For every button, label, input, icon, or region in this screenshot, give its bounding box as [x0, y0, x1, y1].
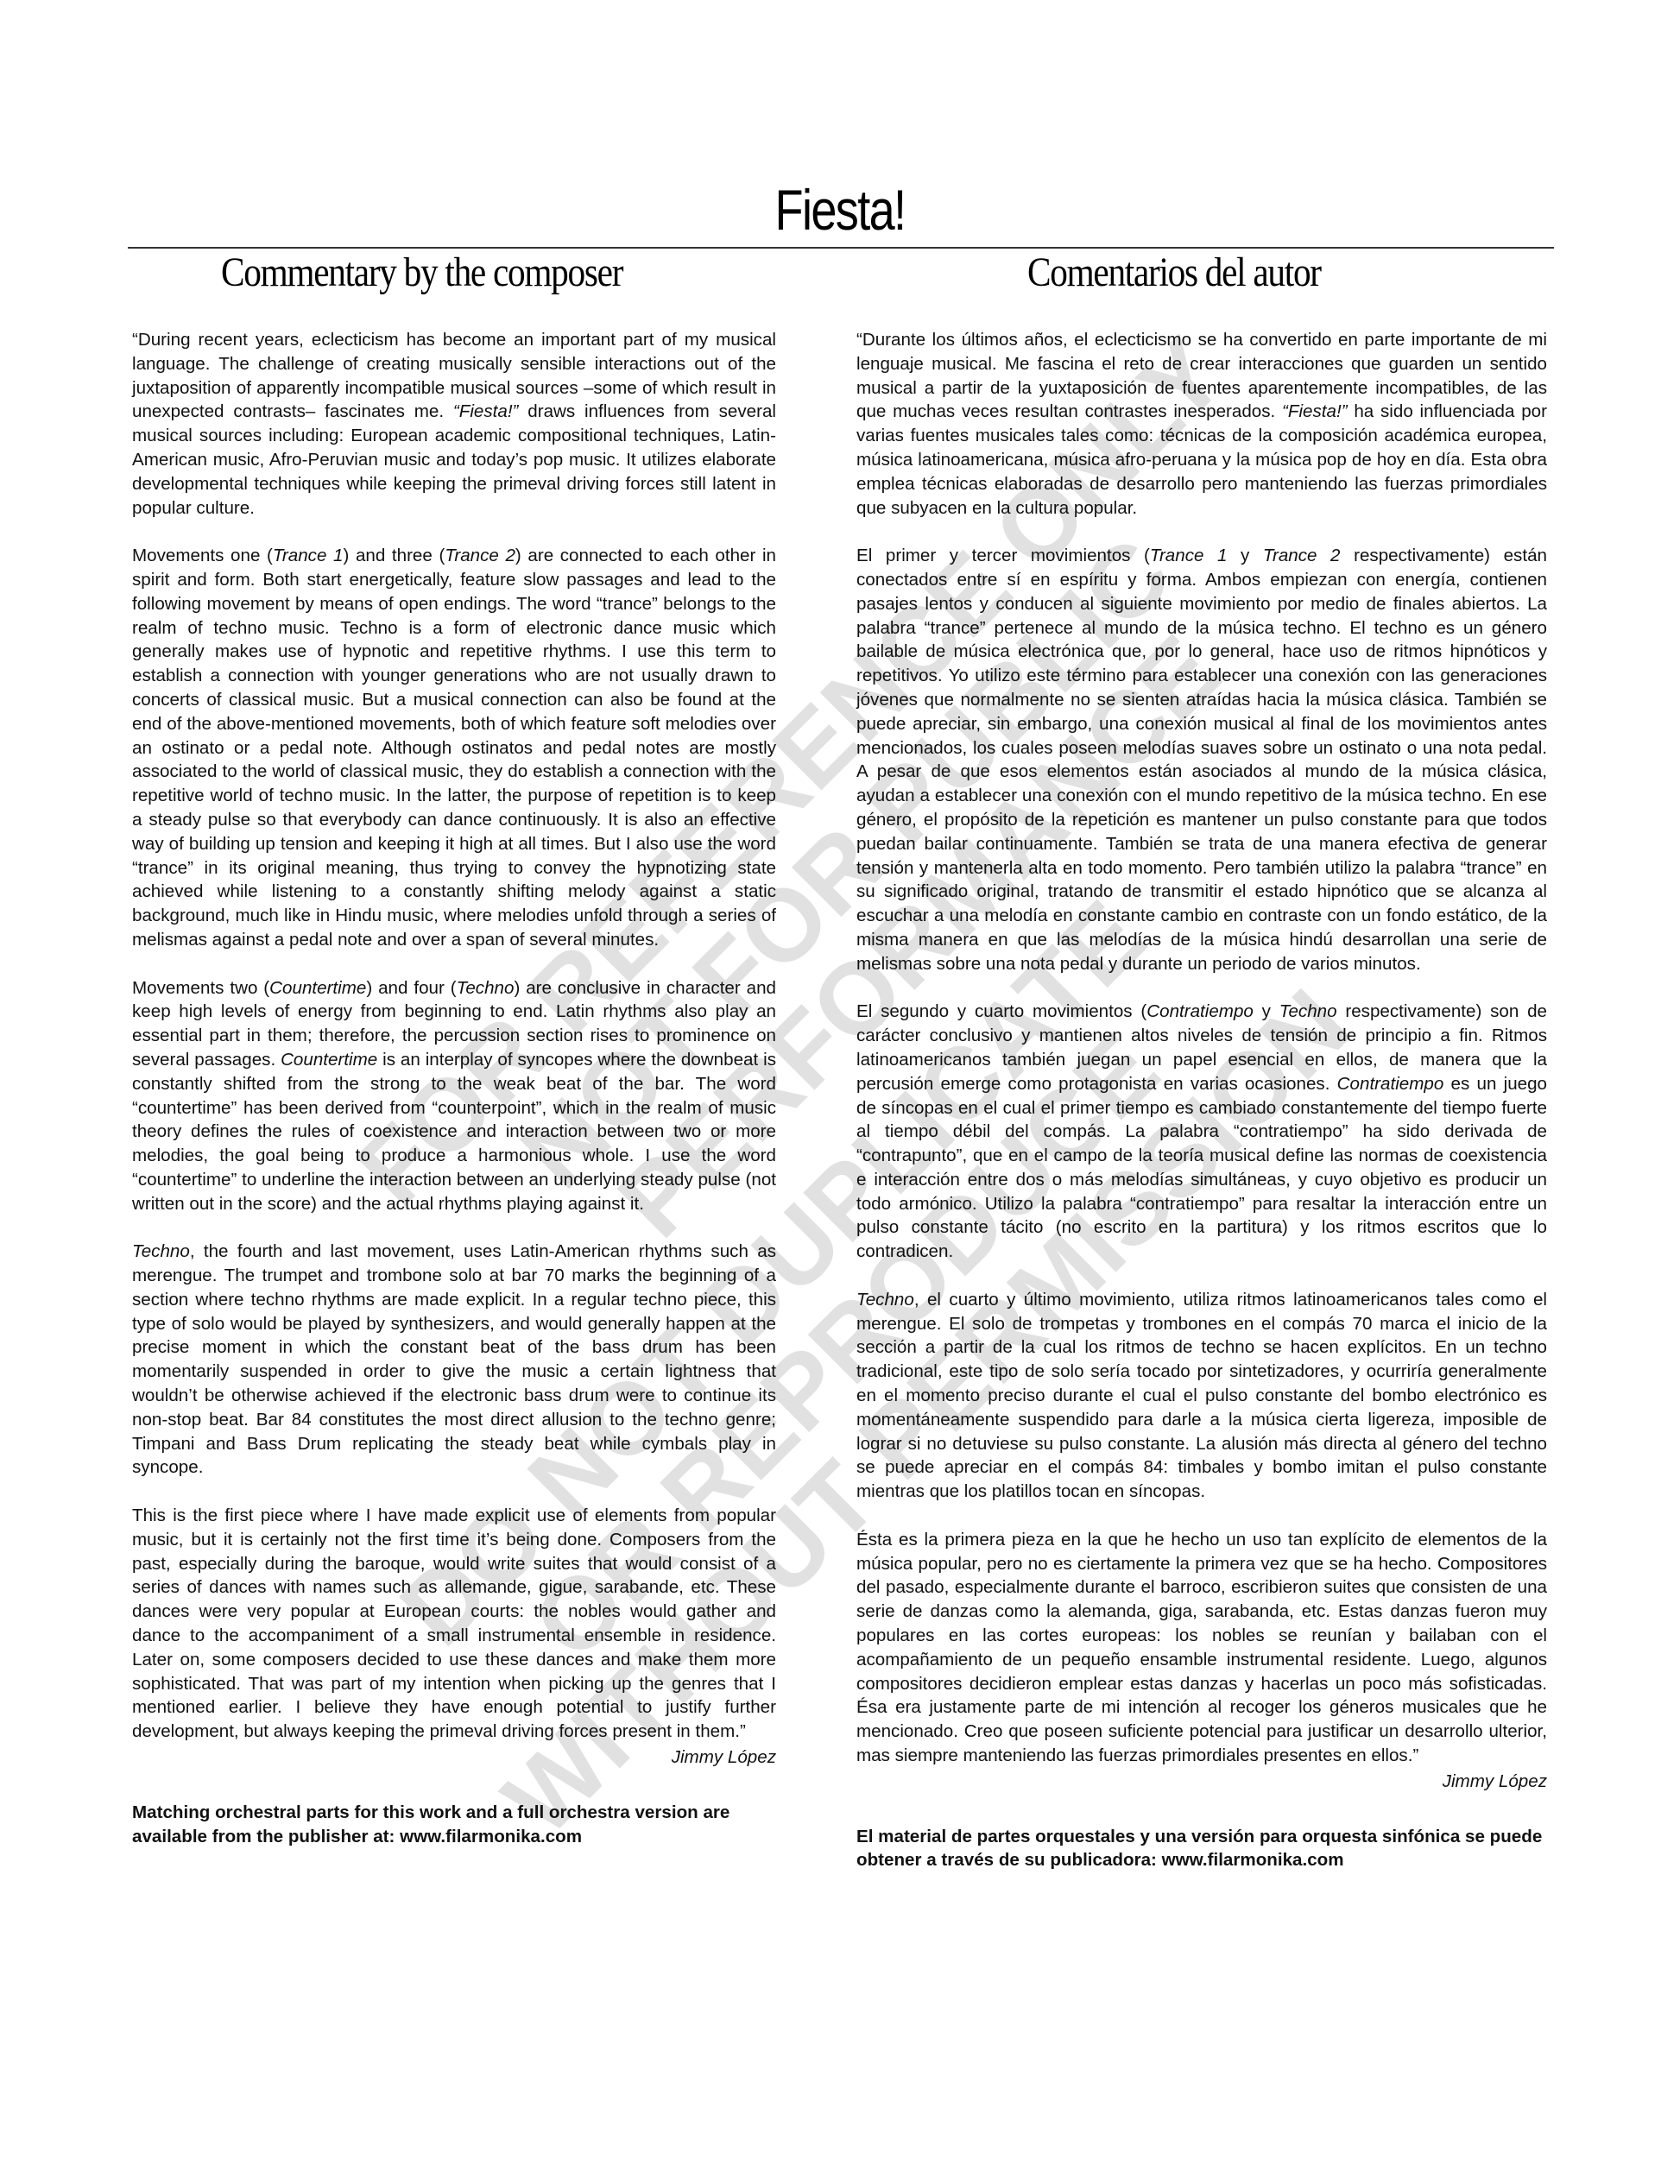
italic-title: “Fiesta!”: [453, 401, 519, 421]
document-page: Fiesta! Commentary by the composer Comen…: [0, 0, 1680, 2184]
english-column-heading: Commentary by the composer: [221, 249, 622, 296]
italic-title: Techno: [1279, 1001, 1337, 1021]
italic-title: Trance 1: [1150, 546, 1228, 565]
paragraph: Ésta es la primera pieza en la que he he…: [856, 1528, 1547, 1768]
paragraph: “During recent years, eclecticism has be…: [132, 328, 776, 520]
italic-title: Trance 2: [445, 546, 515, 565]
italic-title: Techno: [132, 1241, 190, 1261]
italic-title: Techno: [457, 978, 515, 998]
spanish-commentary-column: “Durante los últimos años, el eclecticis…: [856, 328, 1547, 1890]
composer-signature: Jimmy López: [132, 1745, 776, 1770]
paragraph: Movements one (Trance 1) and three (Tran…: [132, 544, 776, 952]
english-commentary-column: “During recent years, eclecticism has be…: [132, 328, 776, 1866]
spanish-column-heading: Comentarios del autor: [1027, 249, 1321, 296]
paragraph: This is the first piece where I have mad…: [132, 1504, 776, 1744]
page-title: Fiesta!: [151, 177, 1529, 243]
italic-title: Contratiempo: [1337, 1074, 1444, 1094]
italic-title: Techno: [856, 1290, 914, 1310]
composer-signature: Jimmy López: [856, 1770, 1547, 1794]
italic-title: Trance 2: [1263, 546, 1341, 565]
paragraph: Techno, el cuarto y último movimiento, u…: [856, 1288, 1547, 1504]
publisher-footnote: Matching orchestral parts for this work …: [132, 1801, 776, 1849]
paragraph: El segundo y cuarto movimientos (Contrat…: [856, 1000, 1547, 1264]
paragraph: El primer y tercer movimientos (Trance 1…: [856, 544, 1547, 975]
paragraph: Techno, the fourth and last movement, us…: [132, 1240, 776, 1480]
paragraph: Movements two (Countertime) and four (Te…: [132, 976, 776, 1216]
italic-title: Countertime: [269, 978, 366, 998]
italic-title: Contratiempo: [1146, 1001, 1254, 1021]
publisher-footnote: El material de partes orquestales y una …: [856, 1825, 1547, 1873]
italic-title: “Fiesta!”: [1282, 401, 1348, 421]
italic-title: Countertime: [281, 1050, 377, 1070]
italic-title: Trance 1: [273, 546, 344, 565]
paragraph: “Durante los últimos años, el eclecticis…: [856, 328, 1547, 520]
